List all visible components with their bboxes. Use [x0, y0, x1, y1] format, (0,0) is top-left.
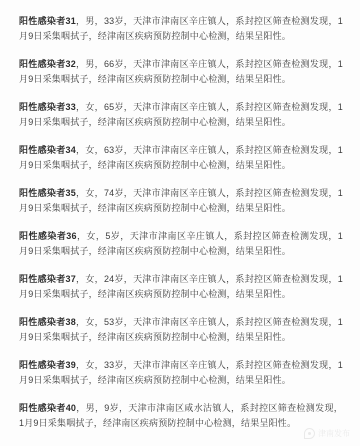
case-label: 阳性感染者33 — [19, 102, 76, 112]
case-paragraph: 阳性感染者34，女，63岁，天津市津南区辛庄镇人，系封控区筛查检测发现，1月9日… — [19, 143, 343, 173]
case-paragraph: 阳性感染者31，男，33岁，天津市津南区辛庄镇人，系封控区筛查检测发现，1月9日… — [19, 14, 343, 44]
case-paragraph: 阳性感染者32，男，66岁，天津市津南区辛庄镇人，系封控区筛查检测发现，1月9日… — [19, 57, 343, 87]
case-label: 阳性感染者37 — [19, 274, 76, 284]
case-paragraph: 阳性感染者36，女，5岁，天津市津南区辛庄镇人，系封控区筛查检测发现，1月9日采… — [19, 229, 343, 259]
case-paragraph: 阳性感染者37，女，24岁，天津市津南区辛庄镇人，系封控区筛查检测发现，1月9日… — [19, 272, 343, 302]
case-paragraph: 阳性感染者40，男，9岁，天津市津南区咸水沽镇人，系封控区筛查检测发现，1月9日… — [19, 401, 343, 431]
watermark: 津南发布 — [304, 428, 350, 439]
case-label: 阳性感染者39 — [19, 360, 76, 370]
case-paragraph: 阳性感染者39，女，33岁，天津市津南区辛庄镇人，系封控区筛查检测发现，1月9日… — [19, 358, 343, 388]
case-paragraph: 阳性感染者35，女，74岁，天津市津南区辛庄镇人，系封控区筛查检测发现，1月9日… — [19, 186, 343, 216]
case-label: 阳性感染者40 — [19, 403, 76, 413]
case-label: 阳性感染者34 — [19, 145, 76, 155]
case-notice: 阳性感染者31，男，33岁，天津市津南区辛庄镇人，系封控区筛查检测发现，1月9日… — [0, 0, 360, 431]
case-label: 阳性感染者35 — [19, 188, 76, 198]
case-paragraph: 阳性感染者33，女，65岁，天津市津南区辛庄镇人，系封控区筛查检测发现，1月9日… — [19, 100, 343, 130]
case-label: 阳性感染者36 — [19, 231, 77, 241]
case-label: 阳性感染者38 — [19, 317, 76, 327]
case-paragraph: 阳性感染者38，女，53岁，天津市津南区辛庄镇人，系封控区筛查检测发现，1月9日… — [19, 315, 343, 345]
watermark-text: 津南发布 — [318, 429, 350, 439]
weibo-eye-icon — [304, 428, 315, 439]
case-label: 阳性感染者32 — [19, 59, 76, 69]
case-label: 阳性感染者31 — [19, 16, 76, 26]
